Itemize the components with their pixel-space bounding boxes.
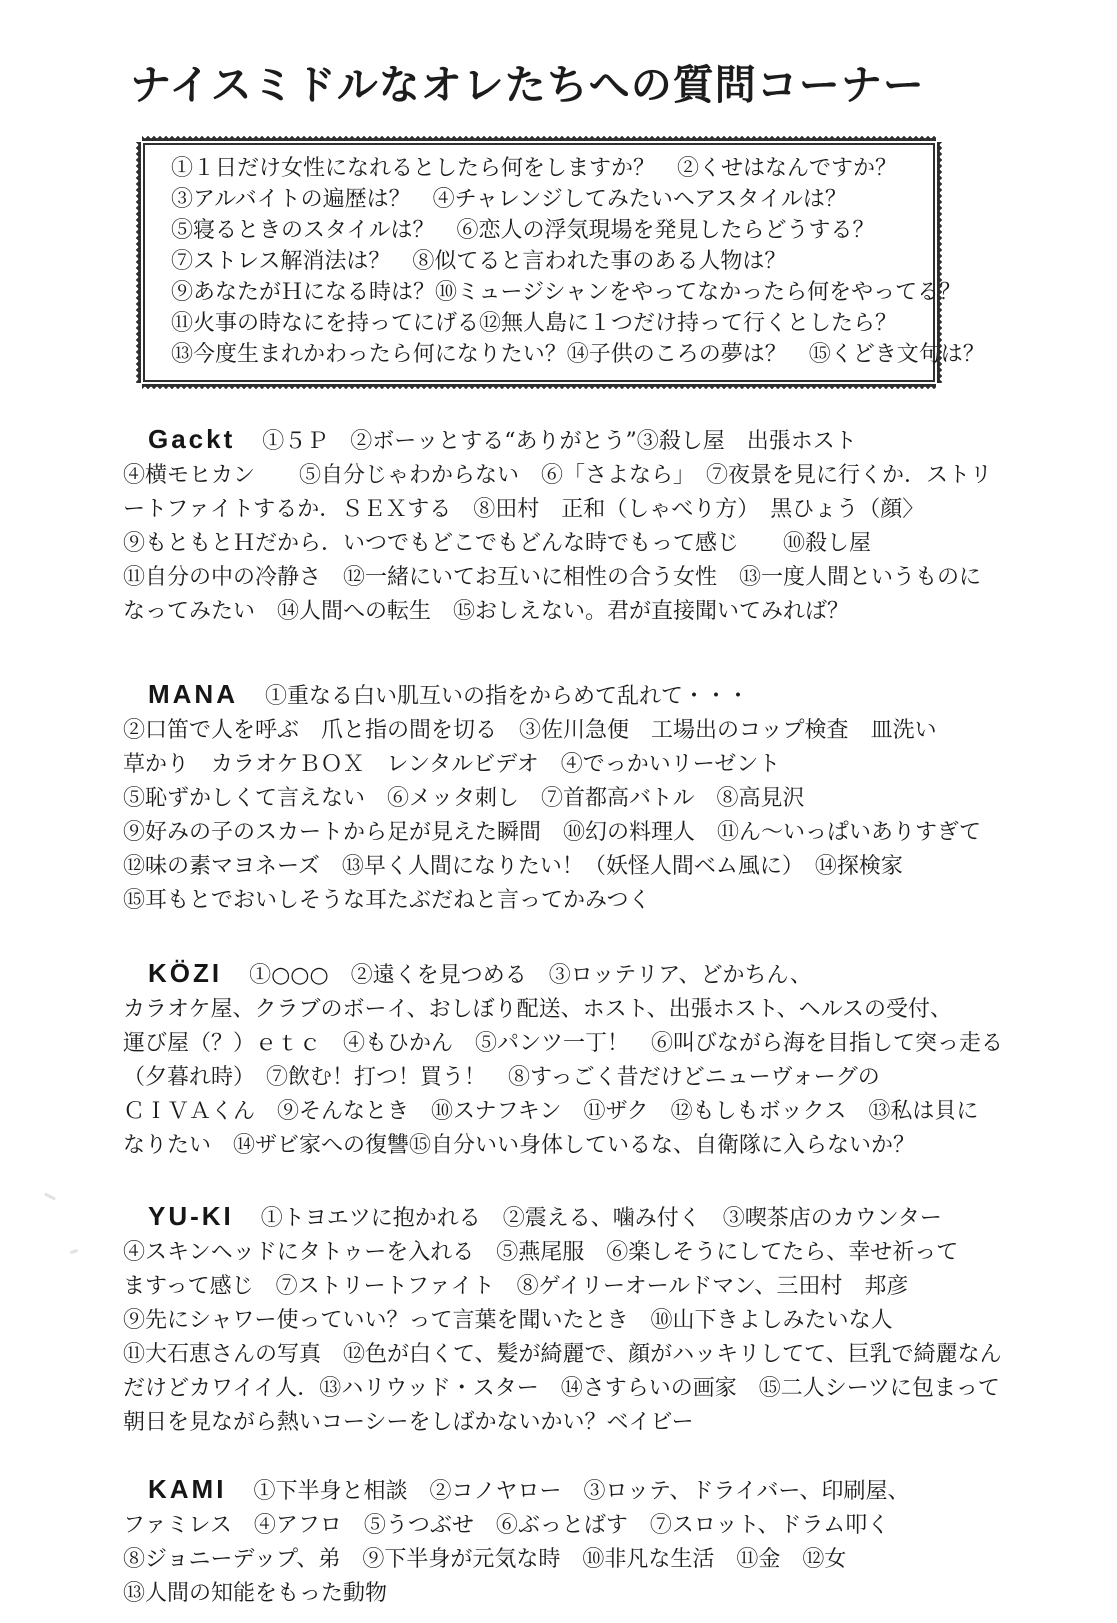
question-line: ⑤寝るときのスタイルは？ ⑥恋人の浮気現場を発見したらどうする？ — [171, 215, 915, 246]
answers-line: ⑧ジョニーデップ、弟 ⑨下半身が元気な時 ⑩非凡な生活 ⑪金 ⑫女 — [123, 1543, 1033, 1577]
answers-line: ⑨好みの子のスカートから足が見えた瞬間 ⑩幻の料理人 ⑪ん～いっぱいありすぎて — [123, 816, 1033, 850]
answers-line: ートファイトするか．ＳＥＸする ⑧田村 正和（しゃべり方） 黒ひょう（顔〉 — [123, 493, 1033, 527]
answers-line: ますって感じ ⑦ストリートファイト ⑧ゲイリーオールドマン、三田村 邦彦 — [123, 1270, 1033, 1304]
member-section-yuki: YU-KI ①トヨエツに抱かれる ②震える、噛み付く ③喫茶店のカウンター ④ス… — [123, 1199, 1033, 1440]
answers-line: 朝日を見ながら熱いコーシーをしばかないかい？ベイビー — [123, 1406, 1033, 1440]
answers-line: ①下半身と相談 ②コノヤロー ③ロッテ、ドライバー、印刷屋、 — [253, 1475, 909, 1509]
question-line: ⑬今度生まれかわったら何になりたい？⑭子供のころの夢は？ ⑮くどき文句は？ — [171, 339, 915, 370]
question-line: ⑨あなたがＨになる時は？⑩ミュージシャンをやってなかったら何をやってる？ — [171, 277, 915, 308]
answers-line: ①○○○ ②遠くを見つめる ③ロッテリア、どかちん、 — [249, 959, 812, 993]
answers-line: （夕暮れ時） ⑦飲む！打つ！買う！ ⑧すっごく昔だけどニューヴォーグの — [123, 1061, 1033, 1095]
member-header-row: YU-KI ①トヨエツに抱かれる ②震える、噛み付く ③喫茶店のカウンター — [148, 1199, 1033, 1236]
answers-line: だけどカワイイ人．⑬ハリウッド・スター ⑭さすらいの画家 ⑮二人シーツに包まって — [123, 1372, 1033, 1406]
member-header-row: KÖZI ①○○○ ②遠くを見つめる ③ロッテリア、どかちん、 — [148, 956, 1033, 993]
questions-box: ①１日だけ女性になれるとしたら何をしますか？ ②くせはなんですか？ ③アルバイト… — [143, 143, 935, 382]
answers-line: ファミレス ④アフロ ⑤うつぶせ ⑥ぶっとばす ⑦スロット、ドラム叩く — [123, 1509, 1033, 1543]
answers-line: ⑬人間の知能をもった動物 — [123, 1577, 1033, 1611]
answers-line: ⑨先にシャワー使っていい？って言葉を聞いたとき ⑩山下きよしみたいな人 — [123, 1304, 1033, 1338]
question-line: ⑪火事の時なにを持ってにげる⑫無人島に１つだけ持って行くとしたら？ — [171, 308, 915, 339]
answers-line: ①５Ｐ ②ボーッとする“ありがとう”③殺し屋 出張ホスト — [262, 425, 857, 459]
answers-line: なってみたい ⑭人間への転生 ⑮おしえない。君が直接聞いてみれば？ — [123, 595, 1033, 629]
member-name: KAMI — [148, 1472, 226, 1506]
answers-line: ＣＩＶＡくん ⑨そんなとき ⑩スナフキン ⑪ザク ⑫もしもボックス ⑬私は貝に — [123, 1095, 1033, 1129]
member-header-row: KAMI ①下半身と相談 ②コノヤロー ③ロッテ、ドライバー、印刷屋、 — [148, 1472, 1033, 1509]
answers-line: ①重なる白い肌互いの指をからめて乱れて・・・ — [265, 680, 749, 714]
member-section-gackt: Gackt ①５Ｐ ②ボーッとする“ありがとう”③殺し屋 出張ホスト ④横モヒカ… — [123, 422, 1033, 629]
member-name: KÖZI — [148, 956, 222, 990]
member-section-kozi: KÖZI ①○○○ ②遠くを見つめる ③ロッテリア、どかちん、 カラオケ屋、クラ… — [123, 956, 1033, 1163]
answers-line: ④横モヒカン ⑤自分じゃわからない ⑥「さよなら」 ⑦夜景を見に行くか．ストリ — [123, 459, 1033, 493]
question-line: ①１日だけ女性になれるとしたら何をしますか？ ②くせはなんですか？ — [171, 153, 915, 184]
member-header-row: Gackt ①５Ｐ ②ボーッとする“ありがとう”③殺し屋 出張ホスト — [148, 422, 1033, 459]
answers-line: ④スキンヘッドにタトゥーを入れる ⑤燕尾服 ⑥楽しそうにしてたら、幸せ祈って — [123, 1236, 1033, 1270]
answers-line: ⑪自分の中の冷静さ ⑫一緒にいてお互いに相性の合う女性 ⑬一度人間というものに — [123, 561, 1033, 595]
answers-line: ①トヨエツに抱かれる ②震える、噛み付く ③喫茶店のカウンター — [261, 1202, 942, 1236]
question-line: ⑦ストレス解消法は？ ⑧似てると言われた事のある人物は？ — [171, 246, 915, 277]
member-name: Gackt — [148, 422, 235, 456]
answers-line: 運び屋（？）ｅｔｃ ④もひかん ⑤パンツ一丁！ ⑥叫びながら海を目指して突っ走る — [123, 1027, 1033, 1061]
zigzag-border-top — [142, 136, 936, 141]
page-title: ナイスミドルなオレたちへの質問コーナー — [130, 52, 1033, 111]
scanned-page: ナイスミドルなオレたちへの質問コーナー ①１日だけ女性になれるとしたら何をします… — [0, 0, 1033, 1611]
answers-line: ⑮耳もとでおいしそうな耳たぶだねと言ってかみつく — [123, 884, 1033, 918]
answers-line: ⑨もともとＨだから．いつでもどこでもどんな時でもって感じ ⑩殺し屋 — [123, 527, 1033, 561]
answers-line: ⑫味の素マヨネーズ ⑬早く人間になりたい！（妖怪人間ベム風に） ⑭探検家 — [123, 850, 1033, 884]
member-section-kami: KAMI ①下半身と相談 ②コノヤロー ③ロッテ、ドライバー、印刷屋、 ファミレ… — [123, 1472, 1033, 1611]
member-name: YU-KI — [148, 1199, 234, 1233]
answers-line: ⑪大石恵さんの写真 ⑫色が白くて、髪が綺麗で、顔がハッキリしてて、巨乳で綺麗なん — [123, 1338, 1033, 1372]
member-header-row: MANA ①重なる白い肌互いの指をからめて乱れて・・・ — [148, 677, 1033, 714]
member-name: MANA — [148, 677, 238, 711]
answers-line: ②口笛で人を呼ぶ 爪と指の間を切る ③佐川急便 工場出のコップ検査 皿洗い — [123, 714, 1033, 748]
answers-line: カラオケ屋、クラブのボーイ、おしぼり配送、ホスト、出張ホスト、ヘルスの受付、 — [123, 993, 1033, 1027]
question-line: ③アルバイトの遍歴は？ ④チャレンジしてみたいヘアスタイルは？ — [171, 184, 915, 215]
zigzag-border-left — [136, 142, 141, 383]
answers-line: 草かり カラオケＢＯＸ レンタルビデオ ④でっかいリーゼント — [123, 748, 1033, 782]
answers-line: なりたい ⑭ザビ家への復讐⑮自分いい身体しているな、自衛隊に入らないか？ — [123, 1129, 1033, 1163]
answers-line: ⑤恥ずかしくて言えない ⑥メッタ刺し ⑦首都高バトル ⑧高見沢 — [123, 782, 1033, 816]
zigzag-border-bottom — [142, 384, 936, 389]
member-section-mana: MANA ①重なる白い肌互いの指をからめて乱れて・・・ ②口笛で人を呼ぶ 爪と指… — [123, 677, 1033, 918]
